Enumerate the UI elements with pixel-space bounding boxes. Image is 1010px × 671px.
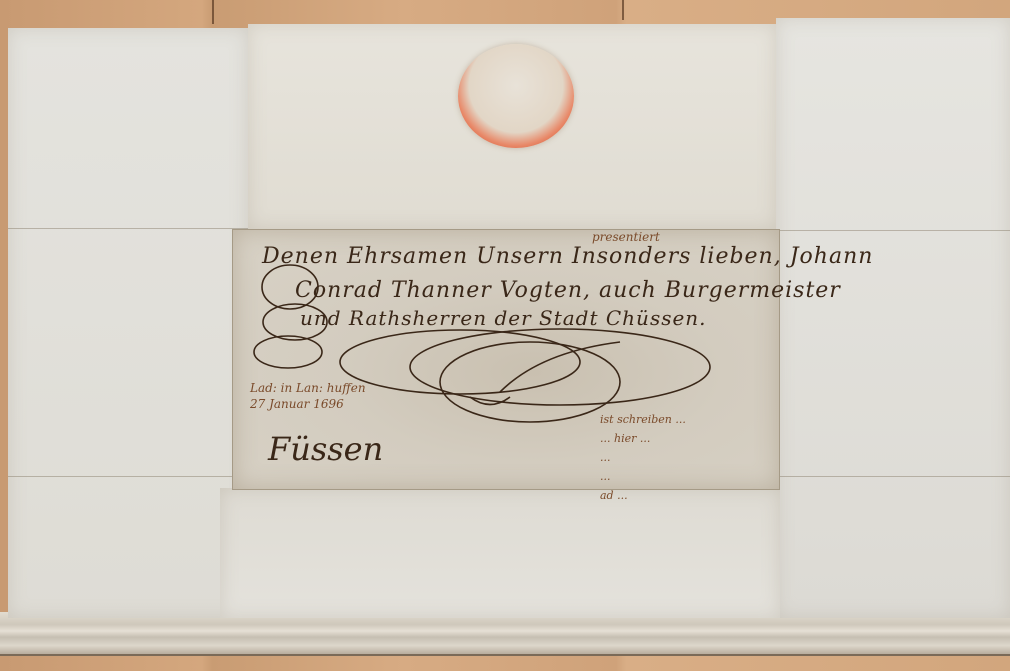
presentation-note: presentiert — [592, 230, 660, 244]
receipt-note-line: Lad: in Lan: huffen — [250, 380, 366, 396]
address-line: Denen Ehrsamen Unsern Insonders lieben, … — [262, 244, 873, 269]
receipt-note: Lad: in Lan: huffen 27 Januar 1696 — [250, 380, 366, 412]
floorboard-seam — [212, 0, 214, 24]
docket-line: ... hier ... — [600, 429, 686, 448]
letter-bottom-fold — [220, 488, 780, 618]
signature: Füssen — [268, 430, 383, 468]
docket-line: ist schreiben ... — [600, 410, 686, 429]
floorboard-seam — [622, 0, 624, 20]
address-line: Conrad Thanner Vogten, auch Burgermeiste… — [295, 278, 841, 303]
receipt-note-date: 27 Januar 1696 — [250, 396, 366, 412]
letter-right-fold — [776, 18, 1010, 618]
docket-line: ... — [600, 448, 686, 467]
fold-crease — [776, 476, 1010, 477]
docket-line: ... — [600, 467, 686, 486]
fold-crease — [8, 228, 248, 229]
paper-edges — [0, 612, 1010, 656]
address-line: und Rathsherren der Stadt Chüssen. — [300, 306, 707, 330]
docket-note: ist schreiben ... ... hier ... ... ... a… — [600, 410, 686, 505]
docket-line: ad ... — [600, 486, 686, 505]
fold-crease — [8, 476, 238, 477]
wax-seal-icon — [458, 44, 574, 148]
letter-left-fold — [8, 28, 248, 618]
fold-crease — [776, 230, 1010, 231]
